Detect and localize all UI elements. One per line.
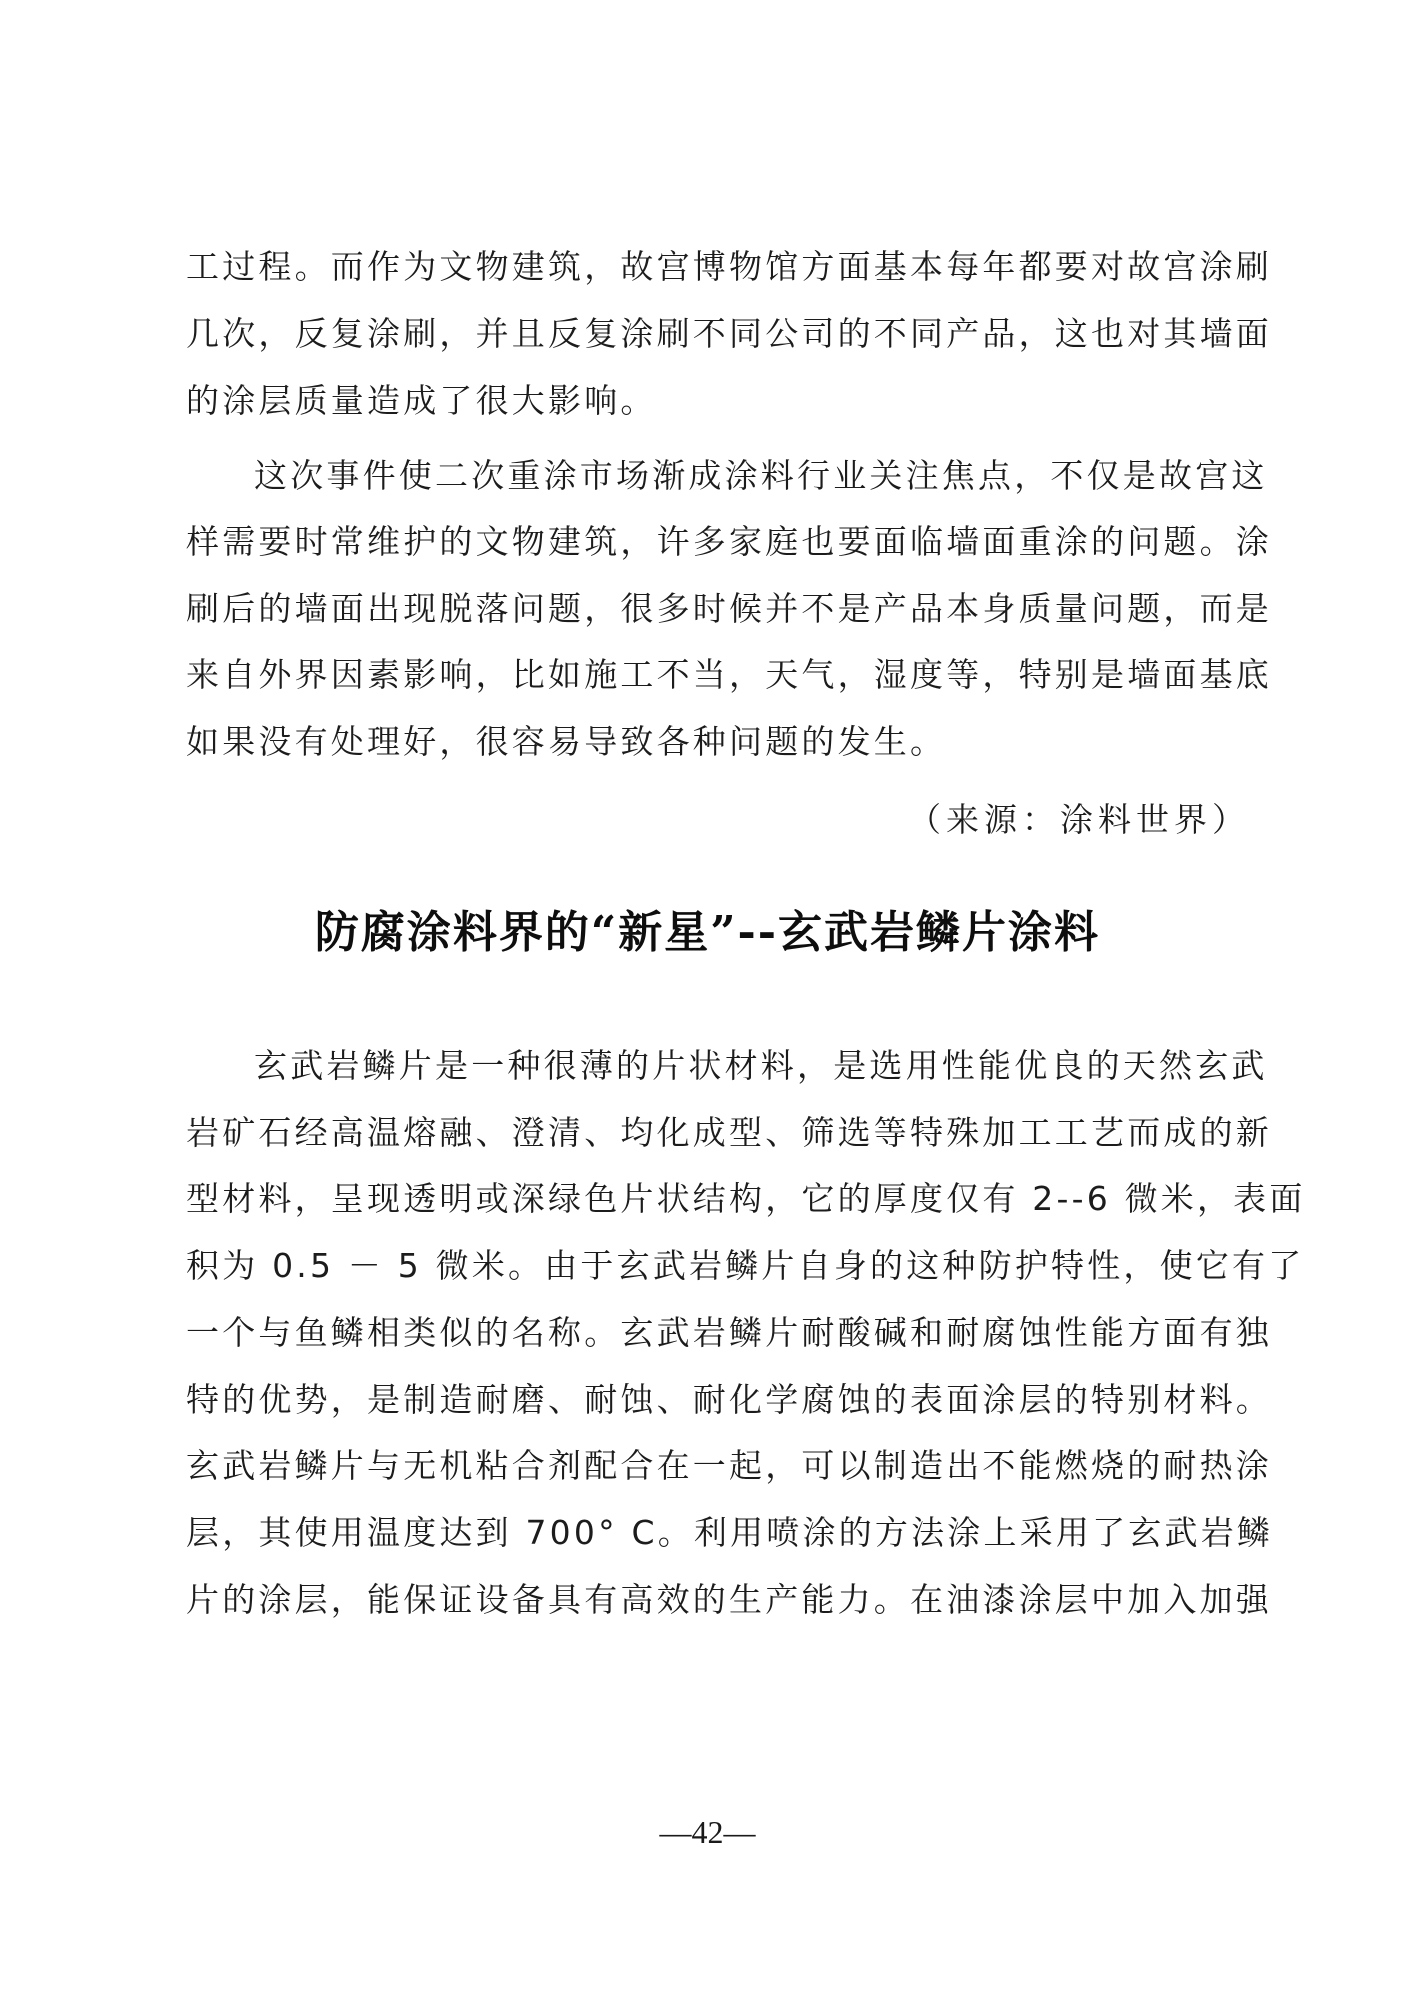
text-line: 来自外界因素影响，比如施工不当，天气，湿度等，特别是墙面基底 bbox=[186, 655, 1250, 695]
text-line: 样需要时常维护的文物建筑，许多家庭也要面临墙面重涂的问题。涂 bbox=[186, 522, 1250, 562]
article-title: 防腐涂料界的“新星”--玄武岩鳞片涂料 bbox=[0, 905, 1415, 961]
text-line: 如果没有处理好，很容易导致各种问题的发生。 bbox=[186, 722, 1250, 762]
text-line: 一个与鱼鳞相类似的名称。玄武岩鳞片耐酸碱和耐腐蚀性能方面有独 bbox=[186, 1313, 1250, 1353]
text-line: 这次事件使二次重涂市场渐成涂料行业关注焦点，不仅是故宫这 bbox=[254, 456, 1250, 496]
text-line: 特的优势，是制造耐磨、耐蚀、耐化学腐蚀的表面涂层的特别材料。 bbox=[186, 1380, 1250, 1420]
text-line: 刷后的墙面出现脱落问题，很多时候并不是产品本身质量问题，而是 bbox=[186, 589, 1250, 629]
text-line: 的涂层质量造成了很大影响。 bbox=[186, 381, 1250, 421]
text-line: 型材料，呈现透明或深绿色片状结构，它的厚度仅有 2--6 微米，表面 bbox=[186, 1179, 1250, 1219]
text-line: 玄武岩鳞片是一种很薄的片状材料，是选用性能优良的天然玄武 bbox=[254, 1046, 1250, 1086]
text-line: 积为 0.5 － 5 微米。由于玄武岩鳞片自身的这种防护特性，使它有了 bbox=[186, 1246, 1250, 1286]
text-line: 片的涂层，能保证设备具有高效的生产能力。在油漆涂层中加入加强 bbox=[186, 1580, 1250, 1620]
text-line: 几次，反复涂刷，并且反复涂刷不同公司的不同产品，这也对其墙面 bbox=[186, 314, 1250, 354]
text-line: 玄武岩鳞片与无机粘合剂配合在一起，可以制造出不能燃烧的耐热涂 bbox=[186, 1446, 1250, 1486]
text-line: 层，其使用温度达到 700° C。利用喷涂的方法涂上采用了玄武岩鳞 bbox=[186, 1513, 1250, 1553]
page-number: —42— bbox=[0, 1812, 1415, 1852]
text-line: 岩矿石经高温熔融、澄清、均化成型、筛选等特殊加工工艺而成的新 bbox=[186, 1113, 1250, 1153]
text-line: 工过程。而作为文物建筑，故宫博物馆方面基本每年都要对故宫涂刷 bbox=[186, 247, 1250, 287]
document-page: 工过程。而作为文物建筑，故宫博物馆方面基本每年都要对故宫涂刷 几次，反复涂刷，并… bbox=[0, 0, 1415, 2000]
source-attribution: （来源：涂料世界） bbox=[908, 800, 1250, 840]
